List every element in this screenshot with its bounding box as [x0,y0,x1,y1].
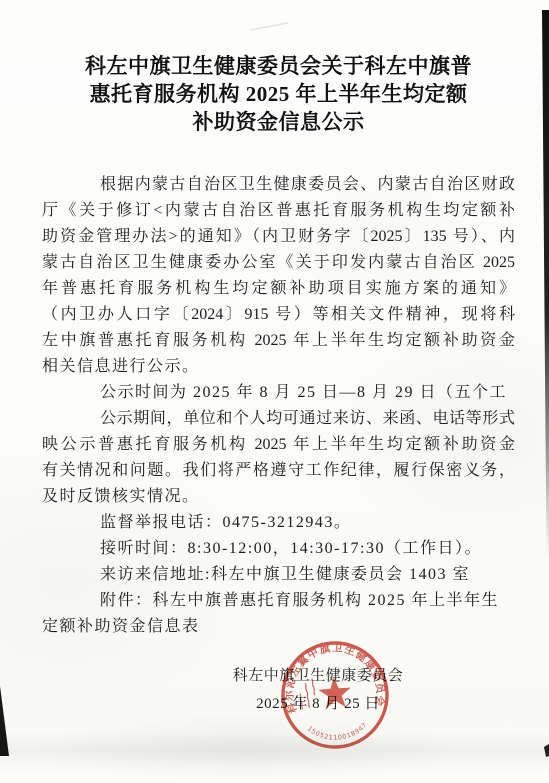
scanner-edge-tick [544,744,549,757]
scanner-edge-stripe [542,10,549,558]
title-line: 补助资金信息公示 [42,108,515,136]
title-line: 惠托育服务机构 2025 年上半年生均定额 [42,80,515,108]
body-line: 厅《关于修订<内蒙古自治区普惠托育服务机构生均定额补 [42,198,515,224]
body-line: 有关情况和问题。我们将严格遵守工作纪律，履行保密义务， [42,458,515,484]
body-line: 蒙古自治区卫生健康委办公室《关于印发内蒙古自治区 2025 [42,250,515,276]
body-line: 接听时间：8:30-12:00，14:30-17:30（工作日）。 [42,536,515,562]
body-line: 来访来信地址:科左中旗卫生健康委员会 1403 室 [42,562,515,588]
body-line: 左中旗普惠托育服务机构 2025 年上半年生均定额补助资金 [42,328,515,354]
body-line: 公示时间为 2025 年 8 月 25 日—8 月 29 日（五个工作日）。 [42,380,515,406]
body-line: 监督举报电话：0475-3212943。 [42,510,515,536]
body-line: 及时反馈核实情况。 [42,484,515,510]
title-line: 科左中旗卫生健康委员会关于科左中旗普 [42,52,515,80]
signature-block: 科左中旗卫生健康委员会 2025 年 8 月 25 日 [230,663,406,717]
notice-title: 科左中旗卫生健康委员会关于科左中旗普惠托育服务机构 2025 年上半年生均定额补… [42,52,515,136]
body-line: 根据内蒙古自治区卫生健康委员会、内蒙古自治区财政 [42,172,515,198]
seal-serial: 15052110018947 [305,721,369,744]
signature-date: 2025 年 8 月 25 日 [230,691,406,717]
svg-text:15052110018947: 15052110018947 [305,721,369,744]
body-line: （内卫办人口字〔2024〕915 号）等相关文件精神，现将科 [42,302,515,328]
document-body: 根据内蒙古自治区卫生健康委员会、内蒙古自治区财政厅《关于修订<内蒙古自治区普惠托… [42,172,515,640]
signature-org: 科左中旗卫生健康委员会 [230,663,406,689]
body-line: 助资金管理办法>的通知》（内卫财务字〔2025〕135 号）、内 [42,224,515,250]
body-line: 映公示普惠托育服务机构 2025 年上半年生均定额补助资金 [42,432,515,458]
scanned-notice-page: 科左中旗卫生健康委员会关于科左中旗普惠托育服务机构 2025 年上半年生均定额补… [0,0,549,783]
body-line: 公示期间，单位和个人均可通过来访、来函、电话等形式反 [42,406,515,432]
body-line: 年普惠托育服务机构生均定额补助项目实施方案的通知》 [42,276,515,302]
body-line: 附件：科左中旗普惠托育服务机构 2025 年上半年生均 [42,588,515,614]
body-line: 相关信息进行公示。 [42,354,515,380]
scanner-corner-wedge [0,686,9,756]
scan-scratch [250,23,288,30]
body-line: 定额补助资金信息表 [42,614,515,640]
